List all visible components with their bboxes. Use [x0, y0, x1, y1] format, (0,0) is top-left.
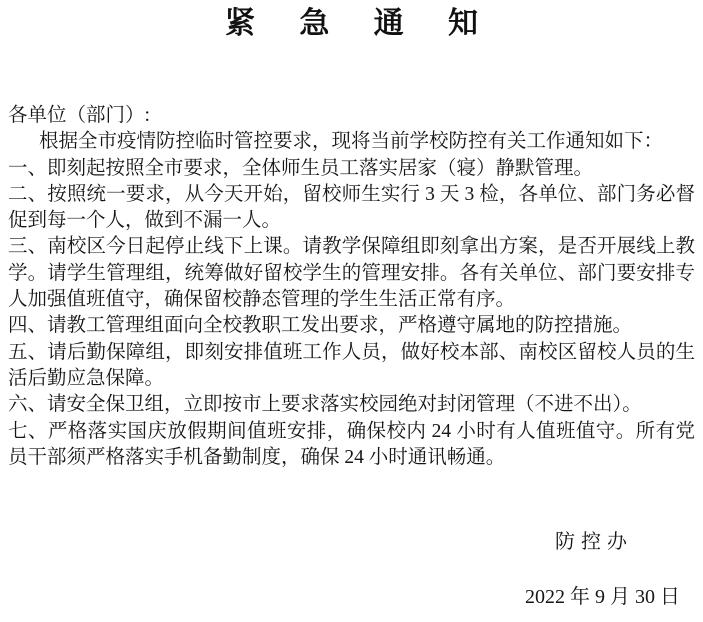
notice-title: 紧 急 通 知 — [0, 4, 703, 44]
notice-item-3: 三、南校区今日起停止线下上课。请教学保障组即刻拿出方案，是否开展线上教学。请学生… — [8, 234, 695, 313]
salutation: 各单位（部门）: — [8, 103, 695, 129]
notice-body: 各单位（部门）: 根据全市疫情防控临时管控要求，现将当前学校防控有关工作通知如下… — [8, 103, 695, 471]
notice-item-6: 六、请安全保卫组，立即按市上要求落实校园绝对封闭管理（不进不出）。 — [8, 392, 695, 418]
notice-item-2: 二、按照统一要求，从今天开始，留校师生实行 3 天 3 检，各单位、部门务必督促… — [8, 182, 695, 235]
intro-paragraph: 根据全市疫情防控临时管控要求，现将当前学校防控有关工作通知如下： — [8, 129, 695, 155]
notice-item-4: 四、请教工管理组面向全校教职工发出要求，严格遵守属地的防控措施。 — [8, 313, 695, 339]
notice-item-1: 一、即刻起按照全市要求，全体师生员工落实居家（寝）静默管理。 — [8, 156, 695, 182]
notice-item-5: 五、请后勤保障组，即刻安排值班工作人员，做好校本部、南校区留校人员的生活后勤应急… — [8, 340, 695, 393]
signature: 防控办 — [555, 529, 633, 555]
notice-document: 紧 急 通 知 各单位（部门）: 根据全市疫情防控临时管控要求，现将当前学校防控… — [0, 0, 703, 622]
date: 2022 年 9 月 30 日 — [525, 584, 680, 610]
notice-item-7: 七、严格落实国庆放假期间值班安排，确保校内 24 小时有人值班值守。所有党员干部… — [8, 419, 695, 472]
